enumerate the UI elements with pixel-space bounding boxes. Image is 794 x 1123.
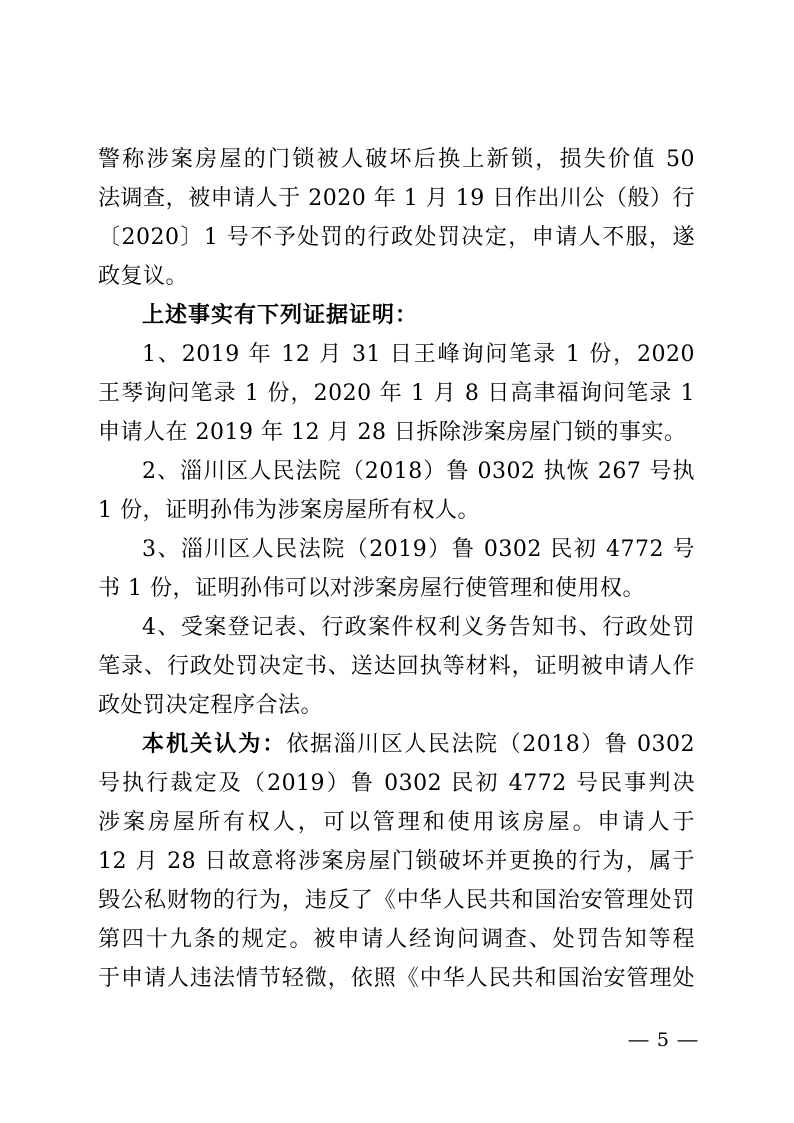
- paragraph-intro: 警称涉案房屋的门锁被人破坏后换上新锁，损失价值 50 元。经依 法调查，被申请人…: [98, 140, 695, 296]
- paragraph-evidence-heading: 上述事实有下列证据证明：: [98, 296, 695, 335]
- text-line: 2、淄川区人民法院（2018）鲁 0302 执恢 267 号执行裁定书: [98, 452, 695, 491]
- text-line: 本机关认为：依据淄川区人民法院（2018）鲁 0302 执恢 267: [98, 725, 695, 764]
- text-line: 涉案房屋所有权人，可以管理和使用该房屋。申请人于 2019 年: [98, 803, 695, 842]
- text-line: 第四十九条的规定。被申请人经询问调查、处罚告知等程序，鉴: [98, 920, 695, 959]
- text-line: 王琴询问笔录 1 份，2020 年 1 月 8 日高聿福询问笔录 1 份，证明: [98, 374, 695, 413]
- text-line: 政复议。: [98, 257, 695, 296]
- page-footer: —5—: [629, 1028, 697, 1052]
- text-line: 1 份，证明孙伟为涉案房屋所有权人。: [98, 491, 695, 530]
- paragraph-evidence-3: 3、淄川区人民法院（2019）鲁 0302 民初 4772 号民事判决 书 1 …: [98, 530, 695, 608]
- text-line: 申请人在 2019 年 12 月 28 日拆除涉案房屋门锁的事实。: [98, 413, 695, 452]
- text-line: 警称涉案房屋的门锁被人破坏后换上新锁，损失价值 50 元。经依: [98, 140, 695, 179]
- paragraph-evidence-4: 4、受案登记表、行政案件权利义务告知书、行政处罚告知 笔录、行政处罚决定书、送达…: [98, 608, 695, 725]
- document-body: 警称涉案房屋的门锁被人破坏后换上新锁，损失价值 50 元。经依 法调查，被申请人…: [98, 140, 695, 998]
- footer-dash-right: —: [677, 1028, 699, 1052]
- paragraph-evidence-2: 2、淄川区人民法院（2018）鲁 0302 执恢 267 号执行裁定书 1 份，…: [98, 452, 695, 530]
- text-line: 4、受案登记表、行政案件权利义务告知书、行政处罚告知: [98, 608, 695, 647]
- text-line: 书 1 份，证明孙伟可以对涉案房屋行使管理和使用权。: [98, 569, 695, 608]
- text-line: 〔2020〕1 号不予处罚的行政处罚决定，申请人不服，遂申请行: [98, 218, 695, 257]
- text-line: 3、淄川区人民法院（2019）鲁 0302 民初 4772 号民事判决: [98, 530, 695, 569]
- section-heading: 上述事实有下列证据证明：: [98, 296, 695, 335]
- text-line: 于申请人违法情节轻微，依照《中华人民共和国治安管理处罚法》: [98, 959, 695, 998]
- text-line: 12 月 28 日故意将涉案房屋门锁破坏并更换的行为，属于故意损: [98, 842, 695, 881]
- text-line: 笔录、行政处罚决定书、送达回执等材料，证明被申请人作出行: [98, 647, 695, 686]
- text-line: 1、2019 年 12 月 31 日王峰询问笔录 1 份，2020 年 1 月 …: [98, 335, 695, 374]
- paragraph-evidence-1: 1、2019 年 12 月 31 日王峰询问笔录 1 份，2020 年 1 月 …: [98, 335, 695, 452]
- text-line: 号执行裁定及（2019）鲁 0302 民初 4772 号民事判决书，孙伟为: [98, 764, 695, 803]
- document-page: 警称涉案房屋的门锁被人破坏后换上新锁，损失价值 50 元。经依 法调查，被申请人…: [0, 0, 794, 1123]
- paragraph-opinion: 本机关认为：依据淄川区人民法院（2018）鲁 0302 执恢 267 号执行裁定…: [98, 725, 695, 998]
- text-line: 法调查，被申请人于 2020 年 1 月 19 日作出川公（般）行罚决字: [98, 179, 695, 218]
- footer-dash-left: —: [627, 1028, 649, 1052]
- page-number: 5: [657, 1028, 669, 1052]
- text-line: 毁公私财物的行为，违反了《中华人民共和国治安管理处罚法》: [98, 881, 695, 920]
- opinion-lead-label: 本机关认为：: [142, 732, 286, 757]
- text-line: 政处罚决定程序合法。: [98, 686, 695, 725]
